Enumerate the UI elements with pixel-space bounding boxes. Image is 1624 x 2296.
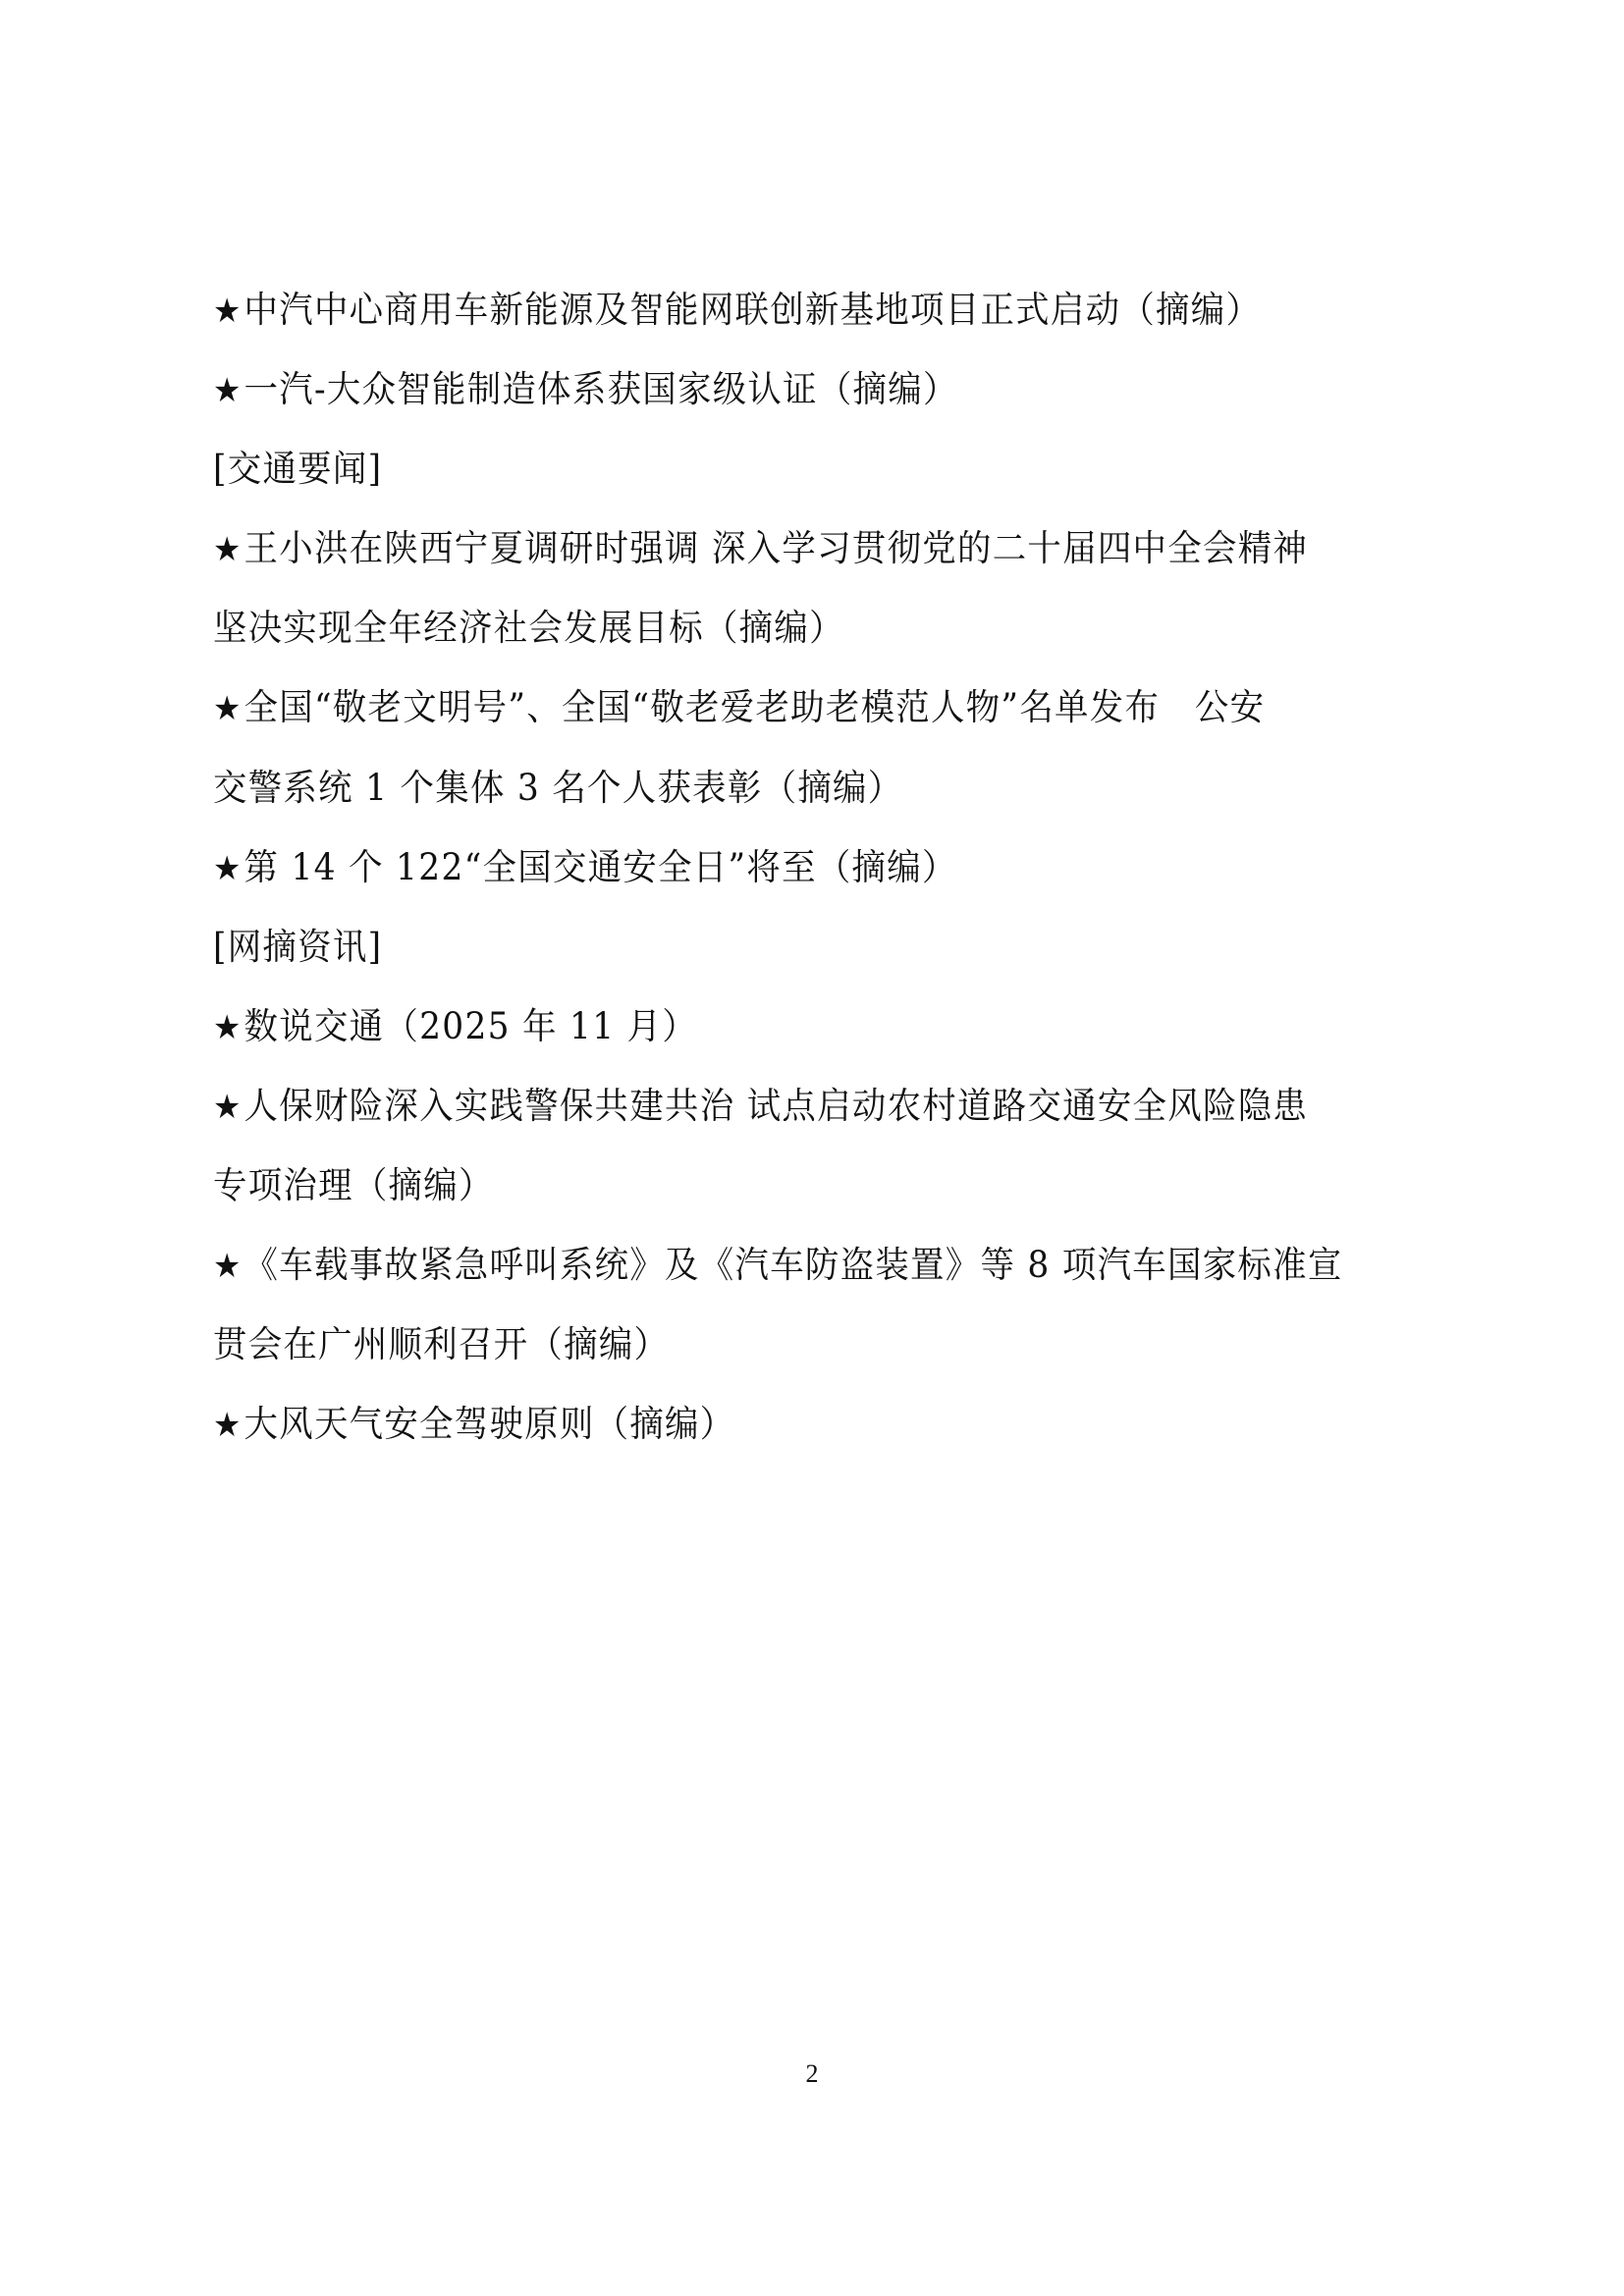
toc-item-text: 第 14 个 122“全国交通安全日”将至（摘编）	[244, 846, 957, 888]
toc-item-text: 全国“敬老文明号”、全国“敬老爱老助老模范人物”名单发布 公安	[244, 686, 1266, 728]
toc-item-traffic-data[interactable]: ★数说交通（2025 年 11 月）	[213, 987, 1417, 1066]
toc-item-national-standards[interactable]: ★《车载事故紧急呼叫系统》及《汽车防盗装置》等 8 项汽车国家标准宣 贯会在广州…	[213, 1225, 1417, 1384]
section-heading-text: [交通要闻]	[213, 448, 382, 490]
star-bullet-icon: ★	[213, 829, 243, 909]
toc-item-elderly-respect[interactable]: ★全国“敬老文明号”、全国“敬老爱老助老模范人物”名单发布 公安 交警系统 1 …	[213, 667, 1417, 827]
toc-item-text: 人保财险深入实践警保共建共治 试点启动农村道路交通安全风险隐患	[244, 1085, 1309, 1127]
toc-item-wang-xiaohong[interactable]: ★王小洪在陕西宁夏调研时强调 深入学习贯彻党的二十届四中全会精神 坚决实现全年经…	[213, 508, 1417, 667]
toc-item-text-continued: 专项治理（摘编）	[213, 1164, 494, 1206]
star-bullet-icon: ★	[213, 272, 243, 351]
toc-item-text-continued: 贯会在广州顺利召开（摘编）	[213, 1323, 669, 1365]
toc-item-text-continued: 交警系统 1 个集体 3 名个人获表彰（摘编）	[213, 767, 902, 809]
star-bullet-icon: ★	[213, 1068, 243, 1148]
section-heading-web-digest: [网摘资讯]	[213, 907, 1417, 987]
toc-item-zhongqi-base[interactable]: ★中汽中心商用车新能源及智能网联创新基地项目正式启动（摘编）	[213, 270, 1417, 349]
star-bullet-icon: ★	[213, 1227, 243, 1307]
star-bullet-icon: ★	[213, 510, 243, 590]
toc-item-text: 大风天气安全驾驶原则（摘编）	[244, 1403, 735, 1445]
toc-item-text: 王小洪在陕西宁夏调研时强调 深入学习贯彻党的二十届四中全会精神	[244, 527, 1309, 569]
toc-item-windy-driving[interactable]: ★大风天气安全驾驶原则（摘编）	[213, 1384, 1417, 1464]
section-heading-text: [网摘资讯]	[213, 926, 382, 968]
toc-item-text-continued: 坚决实现全年经济社会发展目标（摘编）	[213, 607, 844, 649]
toc-item-text: 《车载事故紧急呼叫系统》及《汽车防盗装置》等 8 项汽车国家标准宣	[244, 1244, 1343, 1286]
table-of-contents: ★中汽中心商用车新能源及智能网联创新基地项目正式启动（摘编） ★一汽-大众智能制…	[213, 270, 1417, 1464]
document-page: ★中汽中心商用车新能源及智能网联创新基地项目正式启动（摘编） ★一汽-大众智能制…	[0, 0, 1624, 2296]
toc-item-picc-rural-safety[interactable]: ★人保财险深入实践警保共建共治 试点启动农村道路交通安全风险隐患 专项治理（摘编…	[213, 1066, 1417, 1225]
section-heading-traffic-news: [交通要闻]	[213, 429, 1417, 508]
page-number: 2	[0, 2059, 1624, 2089]
toc-item-text: 中汽中心商用车新能源及智能网联创新基地项目正式启动（摘编）	[244, 289, 1262, 331]
toc-item-text: 一汽-大众智能制造体系获国家级认证（摘编）	[244, 368, 958, 410]
toc-item-122-safety-day[interactable]: ★第 14 个 122“全国交通安全日”将至（摘编）	[213, 828, 1417, 907]
star-bullet-icon: ★	[213, 1386, 243, 1466]
star-bullet-icon: ★	[213, 988, 243, 1068]
star-bullet-icon: ★	[213, 669, 243, 749]
toc-item-faw-vw[interactable]: ★一汽-大众智能制造体系获国家级认证（摘编）	[213, 349, 1417, 429]
toc-item-text: 数说交通（2025 年 11 月）	[244, 1005, 698, 1047]
star-bullet-icon: ★	[213, 351, 243, 431]
